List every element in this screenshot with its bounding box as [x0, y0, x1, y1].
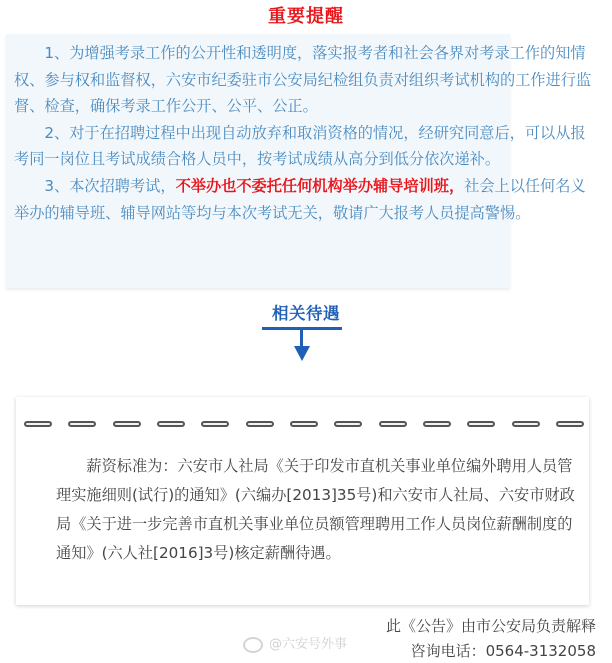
footer-phone: 咨询电话：0564-3132058	[386, 639, 596, 663]
stitch-icon	[290, 421, 318, 427]
notice-paragraph-3: 3、本次招聘考试，不举办也不委托任何机构举办辅导培训班，社会上以任何名义举办的辅…	[14, 173, 598, 226]
stitch-icon	[467, 421, 495, 427]
watermark: @六安号外事	[243, 633, 347, 653]
footer-disclaimer: 此《公告》由市公安局负责解释	[386, 614, 596, 639]
section-title: 相关待遇	[272, 304, 340, 323]
stitch-icon	[201, 421, 229, 427]
footer: 此《公告》由市公安局负责解释 咨询电话：0564-3132058	[386, 614, 596, 663]
stitch-row	[24, 421, 584, 431]
watermark-text: @六安号外事	[269, 637, 347, 652]
stitch-icon	[157, 421, 185, 427]
section-header: 相关待遇	[0, 300, 612, 324]
stitch-icon	[423, 421, 451, 427]
salary-card: 薪资标准为：六安市人社局《关于印发市直机关事业单位编外聘用人员管理实施细则(试行…	[16, 397, 589, 605]
stitch-icon	[68, 421, 96, 427]
stitch-icon	[512, 421, 540, 427]
notice-paragraph-2: 2、对于在招聘过程中出现自动放弃和取消资格的情况，经研究同意后，可以从报考同一岗…	[14, 120, 598, 173]
salary-text: 薪资标准为：六安市人社局《关于印发市直机关事业单位编外聘用人员管理实施细则(试行…	[56, 452, 580, 568]
weibo-icon	[243, 637, 263, 653]
stitch-icon	[556, 421, 584, 427]
stitch-icon	[246, 421, 274, 427]
arrow-down-icon	[294, 346, 310, 361]
salary-paragraph: 薪资标准为：六安市人社局《关于印发市直机关事业单位编外聘用人员管理实施细则(试行…	[56, 452, 580, 568]
notice-highlight: 不举办也不委托任何机构举办辅导培训班，	[176, 177, 465, 195]
notice-title: 重要提醒	[0, 2, 612, 28]
stitch-icon	[379, 421, 407, 427]
notice-text: 1、为增强考录工作的公开性和透明度，落实报考者和社会各界对考录工作的知情权、参与…	[14, 40, 598, 226]
stitch-icon	[113, 421, 141, 427]
notice-paragraph-1: 1、为增强考录工作的公开性和透明度，落实报考者和社会各界对考录工作的知情权、参与…	[14, 40, 598, 120]
stitch-icon	[24, 421, 52, 427]
notice-paragraph-3-prefix: 3、本次招聘考试，	[44, 177, 175, 195]
stitch-icon	[334, 421, 362, 427]
